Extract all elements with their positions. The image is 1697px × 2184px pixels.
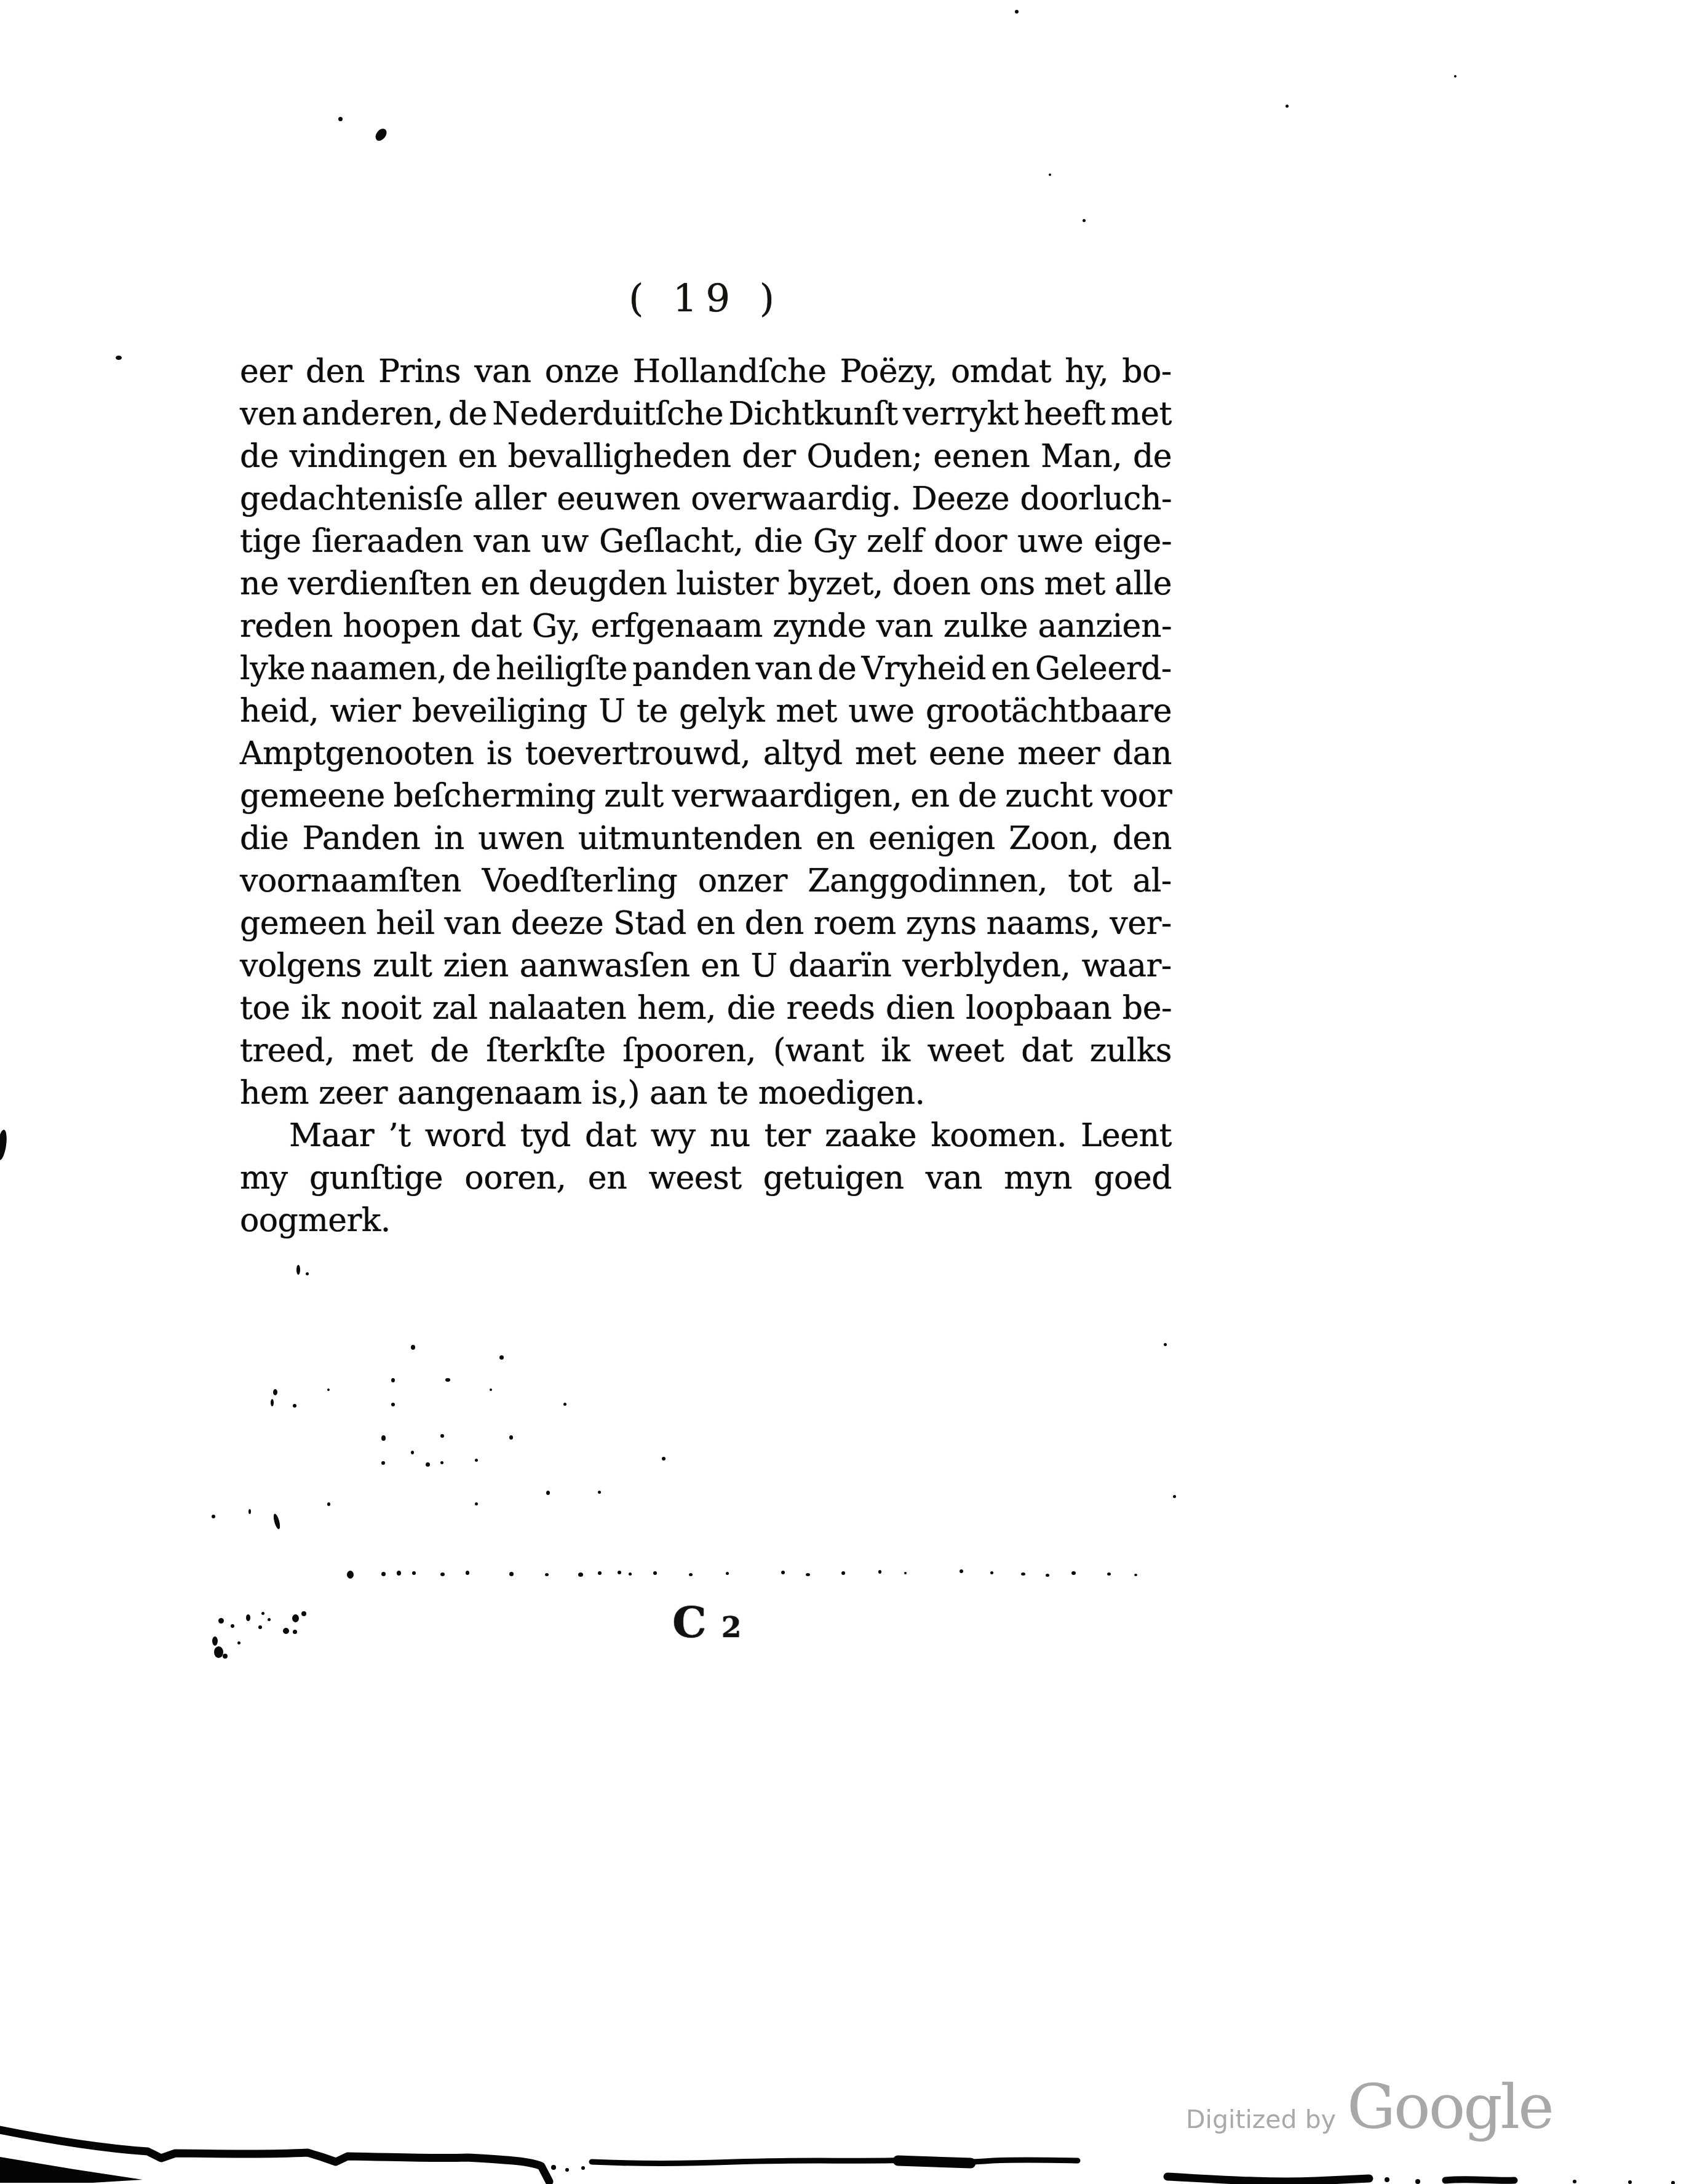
ink-speck <box>272 1513 281 1529</box>
ink-speck <box>283 1628 289 1634</box>
body-line: neverdienſtenendeugdenluisterbyzet,doeno… <box>240 563 1172 605</box>
body-line: treed,metdeſterkſteſpooren,(wantikweetda… <box>240 1030 1172 1072</box>
ink-speck <box>327 1502 330 1506</box>
ink-speck <box>231 1624 234 1628</box>
ink-speck <box>381 1572 386 1576</box>
ink-speck <box>293 1404 296 1408</box>
ink-speck <box>598 1491 601 1494</box>
body-line: venanderen,deNederduitſcheDichtkunſtverr… <box>240 393 1172 436</box>
ink-speck <box>490 1389 492 1391</box>
ink-speck <box>990 1571 993 1574</box>
ink-speck <box>806 1573 810 1576</box>
signature-mark: C2 <box>672 1601 741 1644</box>
ink-speck <box>412 1571 416 1575</box>
ink-speck <box>391 1403 395 1406</box>
ink-speck <box>629 1572 632 1576</box>
ink-speck <box>212 1515 215 1518</box>
body-line: gedachtenisſeallereeuwenoverwaardig.Deez… <box>240 478 1172 520</box>
body-text-block: eerdenPrinsvanonzeHollandſchePoëzy,omdat… <box>240 351 1172 1242</box>
ink-speck <box>373 127 389 143</box>
ink-speck <box>293 1630 297 1634</box>
ink-speck <box>1134 1574 1137 1576</box>
ink-speck <box>1173 1495 1176 1498</box>
ink-speck <box>475 1459 478 1462</box>
ink-speck <box>258 1625 262 1629</box>
ink-speck <box>218 1618 224 1624</box>
ink-speck <box>223 1654 228 1659</box>
google-watermark: Digitized by Google <box>1186 2077 1552 2138</box>
ink-speck <box>301 1611 306 1616</box>
body-line: eerdenPrinsvanonzeHollandſchePoëzy,omdat… <box>240 351 1172 393</box>
ink-speck <box>1164 1343 1167 1346</box>
body-line: gemeenebeſchermingzultverwaardigen,endez… <box>240 775 1172 818</box>
ink-speck <box>212 1636 218 1646</box>
ink-speck <box>1049 173 1051 176</box>
body-line: toeiknooitzalnalaatenhem,diereedsdienloo… <box>240 987 1172 1030</box>
ink-speck <box>0 1129 8 1160</box>
body-line-paragraph-end: oogmerk. <box>240 1200 1172 1242</box>
body-line: heid,wierbeveiligingUtegelykmetuwegrootä… <box>240 690 1172 733</box>
ink-speck <box>440 1434 444 1438</box>
ink-speck <box>268 1618 271 1621</box>
ink-speck <box>327 1389 330 1391</box>
body-line-paragraph-end: hem zeer aangenaam is,) aan te moedigen. <box>240 1072 1172 1115</box>
ink-speck <box>466 1571 469 1575</box>
body-line-paragraph-start: Maar’twordtyddatwynuterzaakekoomen.Leent <box>240 1115 1172 1157</box>
body-line: lykenaamen,deheiligſtepandenvandeVryheid… <box>240 648 1172 690</box>
ink-speck <box>1454 75 1457 78</box>
body-line: tigeſieraadenvanuwGeſlacht,dieGyzelfdoor… <box>240 520 1172 563</box>
ink-speck <box>499 1355 504 1360</box>
digitized-by-label: Digitized by <box>1186 2107 1336 2132</box>
body-line: diePandeninuwenuitmuntendeneneenigenZoon… <box>240 818 1172 860</box>
ink-speck <box>1107 1572 1111 1576</box>
ink-speck <box>563 1403 566 1406</box>
body-line: gemeenheilvandeezeStadendenroemzynsnaams… <box>240 903 1172 945</box>
ink-speck <box>689 1573 693 1576</box>
ink-speck <box>296 1265 300 1275</box>
ink-speck <box>237 1641 240 1644</box>
body-line: volgenszultzienaanwasſenenUdaarïnverblyd… <box>240 945 1172 987</box>
ink-speck <box>248 1509 251 1514</box>
ink-speck <box>391 1378 395 1382</box>
google-logo-text: Google <box>1347 2077 1552 2138</box>
ink-speck <box>246 1614 250 1621</box>
ink-speck <box>411 1451 414 1454</box>
ink-speck <box>292 1614 299 1622</box>
ink-speck <box>509 1435 513 1440</box>
ink-speck <box>1021 1572 1025 1576</box>
ink-speck <box>214 1646 223 1658</box>
ink-speck <box>1071 1571 1076 1575</box>
ink-speck <box>273 1389 277 1395</box>
body-line: mygunſtigeooren,enweestgetuigenvanmyngoe… <box>240 1157 1172 1200</box>
ink-speck <box>1286 105 1289 108</box>
ink-speck <box>841 1571 845 1575</box>
ink-speck <box>598 1571 602 1575</box>
ink-speck <box>545 1573 549 1576</box>
ink-speck <box>726 1572 729 1575</box>
ink-speck <box>509 1572 514 1576</box>
body-line: Amptgenootenistoevertrouwd,altydmeteenem… <box>240 733 1172 775</box>
ink-speck <box>271 1399 274 1406</box>
ink-speck <box>662 1457 666 1461</box>
ink-speck <box>653 1571 657 1575</box>
ink-speck <box>878 1570 881 1574</box>
ink-speck <box>475 1502 478 1505</box>
page-number: ( 19 ) <box>240 276 1172 321</box>
ink-speck <box>116 356 122 360</box>
signature-numeral: 2 <box>721 1611 742 1644</box>
body-line: devindingenenbevallighedenderOuden;eenen… <box>240 436 1172 478</box>
ink-speck <box>261 1612 264 1615</box>
ink-speck <box>546 1491 550 1495</box>
ink-speck <box>411 1345 415 1350</box>
ink-speck <box>904 1572 907 1574</box>
ink-speck <box>306 1272 309 1275</box>
ink-speck <box>1015 10 1019 14</box>
ink-speck <box>781 1571 785 1574</box>
body-line: voornaamſtenVoedſterlingonzerZanggodinne… <box>240 860 1172 903</box>
ink-speck <box>397 1571 401 1576</box>
ink-speck <box>618 1571 621 1574</box>
ink-speck <box>381 1461 385 1465</box>
ink-speck <box>578 1572 583 1577</box>
ink-speck <box>440 1461 443 1464</box>
scanned-book-page: ( 19 ) eerdenPrinsvanonzeHollandſchePoëz… <box>0 0 1697 2184</box>
ink-speck <box>440 1572 445 1576</box>
ink-speck <box>426 1462 430 1467</box>
ink-speck <box>347 1571 354 1579</box>
signature-letter: C <box>672 1596 707 1648</box>
ink-speck <box>381 1435 386 1441</box>
ink-speck <box>1046 1574 1049 1577</box>
ink-speck <box>960 1569 963 1573</box>
body-line: redenhoopendatGy,erfgenaamzyndevanzulkea… <box>240 605 1172 648</box>
ink-speck <box>445 1378 450 1382</box>
ink-speck <box>1083 219 1086 222</box>
ink-speck <box>338 117 343 121</box>
